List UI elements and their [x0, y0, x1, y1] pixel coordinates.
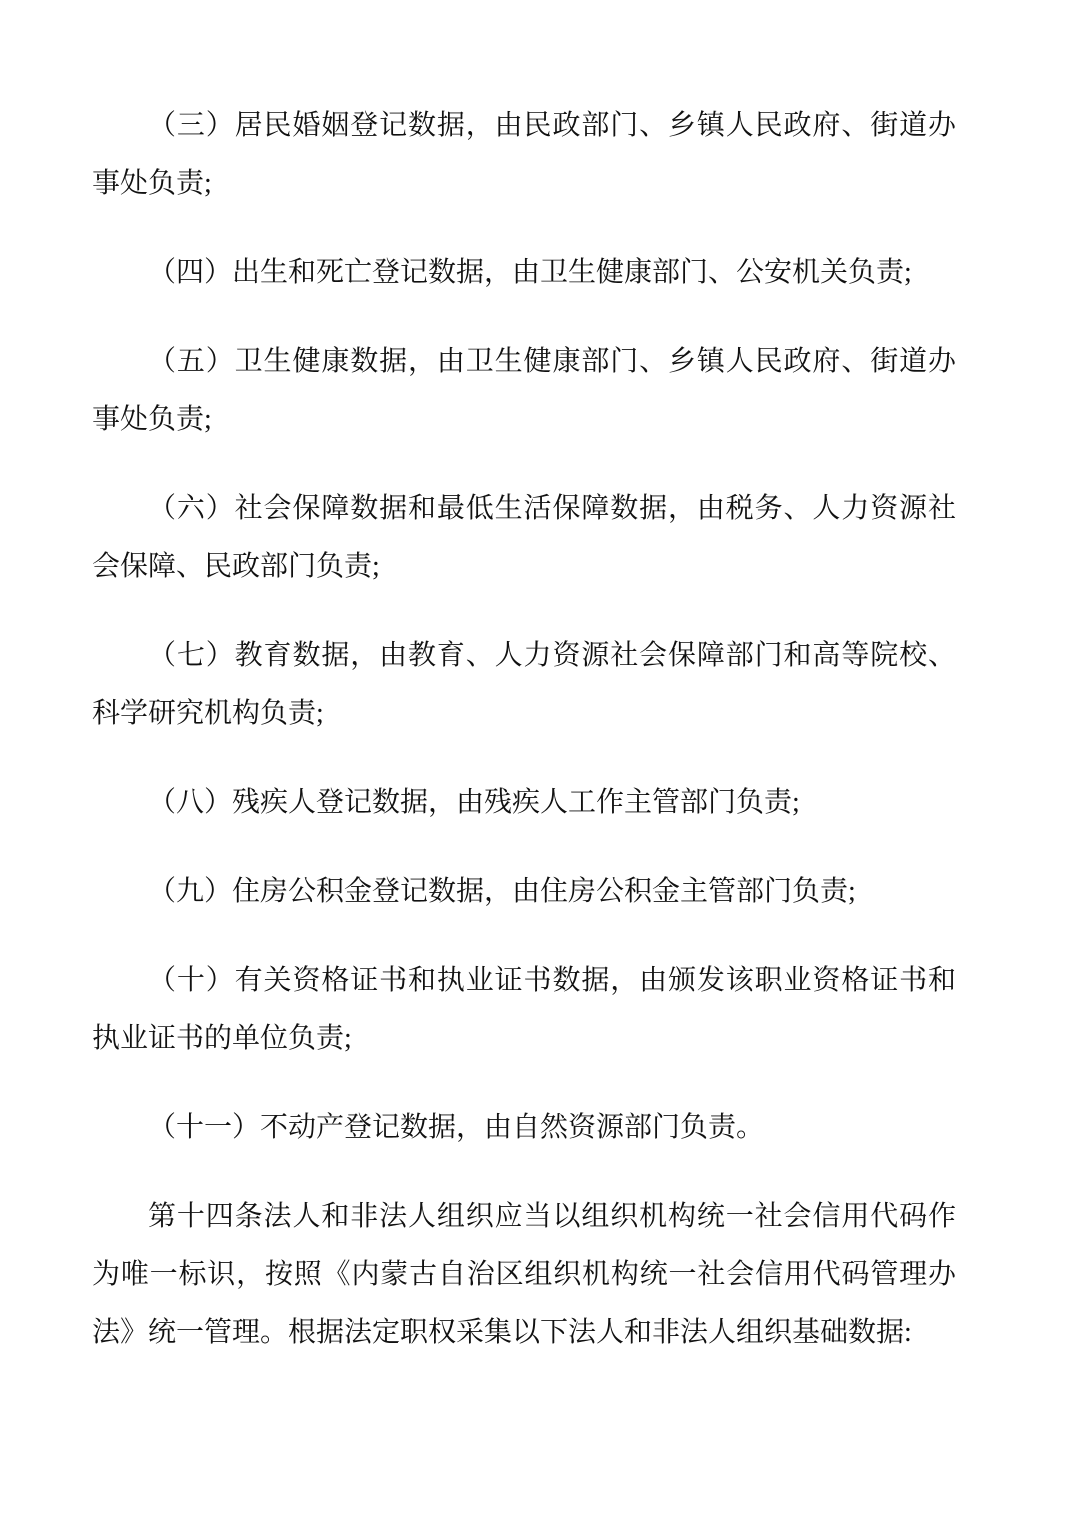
paragraph-item-three: （三）居民婚姻登记数据，由民政部门、乡镇人民政府、街道办事处负责;: [92, 97, 956, 213]
document-body: （三）居民婚姻登记数据，由民政部门、乡镇人民政府、街道办事处负责; （四）出生和…: [92, 97, 956, 1393]
paragraph-item-seven: （七）教育数据，由教育、人力资源社会保障部门和高等院校、科学研究机构负责;: [92, 627, 956, 743]
document-page: （三）居民婚姻登记数据，由民政部门、乡镇人民政府、街道办事处负责; （四）出生和…: [0, 0, 1074, 1520]
paragraph-item-eleven: （十一）不动产登记数据，由自然资源部门负责。: [92, 1099, 956, 1157]
paragraph-item-six: （六）社会保障数据和最低生活保障数据，由税务、人力资源社会保障、民政部门负责;: [92, 480, 956, 596]
paragraph-item-eight: （八）残疾人登记数据，由残疾人工作主管部门负责;: [92, 774, 956, 832]
paragraph-item-five: （五）卫生健康数据，由卫生健康部门、乡镇人民政府、街道办事处负责;: [92, 333, 956, 449]
paragraph-article-fourteen: 第十四条法人和非法人组织应当以组织机构统一社会信用代码作为唯一标识，按照《内蒙古…: [92, 1188, 956, 1362]
paragraph-item-four: （四）出生和死亡登记数据，由卫生健康部门、公安机关负责;: [92, 244, 956, 302]
paragraph-item-nine: （九）住房公积金登记数据，由住房公积金主管部门负责;: [92, 863, 956, 921]
paragraph-item-ten: （十）有关资格证书和执业证书数据，由颁发该职业资格证书和执业证书的单位负责;: [92, 952, 956, 1068]
